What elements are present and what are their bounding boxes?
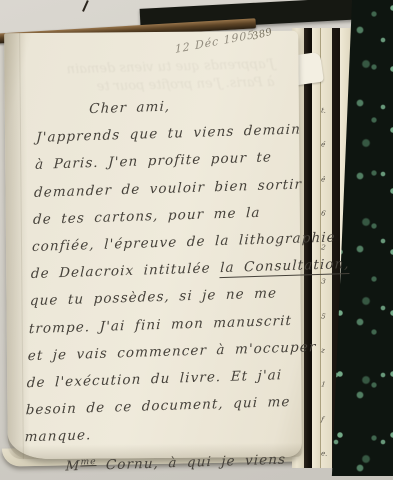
page-stack-edge-dark (304, 28, 312, 468)
page-stack-edge (312, 28, 320, 468)
fore-edge-writing: t. é ê 6 2 3 5 z 1 f e. (321, 108, 332, 458)
pencil-date: 12 Déc 1905 (175, 28, 256, 56)
photo-of-letter: t. é ê 6 2 3 5 z 1 f e. J'apprends que t… (0, 0, 393, 480)
binding-mark (82, 0, 98, 16)
letter-page: J'apprends que tu viens demain à Paris. … (4, 31, 302, 460)
letter-closing-line: Mme Cornu, à qui je viens (23, 444, 286, 479)
page-crease (19, 33, 24, 459)
letter-body: Cher ami, J'apprends que tu viens demain… (23, 89, 300, 479)
